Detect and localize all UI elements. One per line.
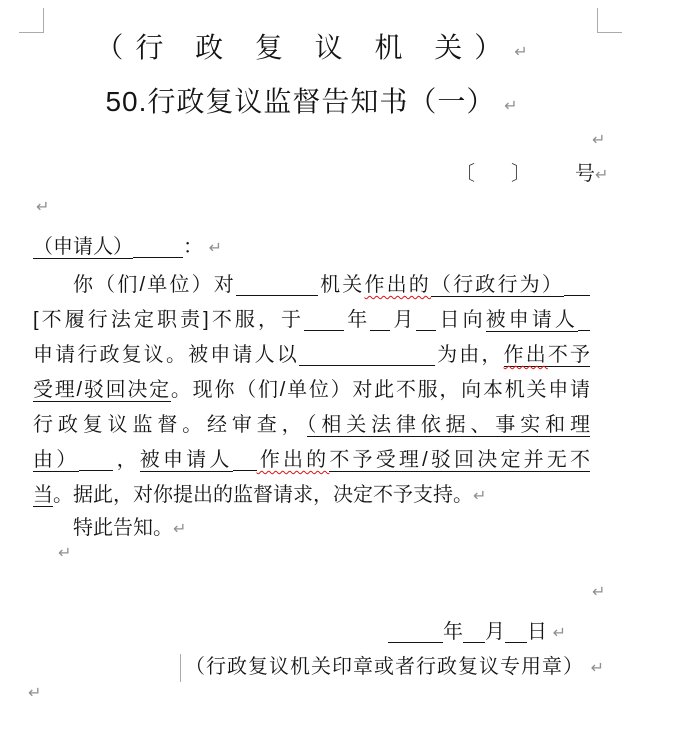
text-run: 为由， [435,344,504,366]
body-line: 你（们/单位）对机关作出的（行政行为） [33,268,590,303]
document-title: 50.行政复议监督告知书（一） ↵ [33,80,590,120]
blank-underline-field [304,309,344,331]
paragraph-mark: ↵ [592,130,605,149]
underlined-text: 被申请人 [140,449,233,472]
underlined-text: 不予受理/驳回决定并无不 [329,449,590,472]
blank-underline-field [233,449,257,471]
doc-number-open-bracket: 〔 [455,163,475,185]
paragraph-mark: ↵ [595,165,608,184]
blank-underline-field [505,621,527,643]
text-run: 申请行政复议。被申请人以 [33,344,299,366]
blank-underline-field [236,274,318,296]
blank-underline-field [388,621,443,643]
underlined-text: 当 [33,484,53,507]
salutation-line: （申请人）： ↵ [33,230,590,265]
underlined-text: 受理/驳回决定 [33,379,171,402]
blank-underline-field [79,449,113,471]
underlined-text: （相关法律依据、事实和理 [307,414,591,437]
margin-crop-mark-top-right [597,8,622,33]
paragraph-mark: ↵ [58,543,71,562]
paragraph-mark: ↵ [209,238,222,257]
body-line: [不履行法定职责]不服，于年月日向被申请人 [33,303,590,338]
blank-underline-field [299,344,435,366]
body-line: 当。据此，对你提出的监督请求，决定不予支持。↵ [33,478,590,513]
paragraph-mark: ↵ [173,519,186,538]
org-title-text: （行 政 复 议 机 关） [95,32,514,63]
salutation-colon: ： [183,236,203,258]
body-line: 由），被申请人作出的不予受理/驳回决定并无不 [33,443,590,478]
document-title-text: 50.行政复议监督告知书（一） [105,86,495,117]
paragraph-mark: ↵ [504,96,517,115]
text-run: 机关 [318,274,365,296]
blank-underline-field [578,309,590,331]
paragraph-mark: ↵ [592,582,605,601]
underlined-text: 由） [33,449,79,472]
closing-line: 特此告知。↵ [33,511,590,546]
underlined-text: 不予 [548,344,590,367]
spellcheck-squiggle-text: 作出的 [257,449,330,471]
date-month-label: 月 [485,621,505,643]
document-page[interactable]: { "page": { "pilcrow": "↵", "background"… [0,0,700,745]
seal-note-text: （行政复议机关印章或者行政复议专用章） [185,656,584,678]
text-run: 行政复议监督。经审查， [33,414,307,436]
text-run: 你（们/单位）对 [73,274,236,296]
paragraph-mark: ↵ [28,683,41,702]
spellcheck-squiggle-text: 作出 [504,344,548,367]
doc-number-blank [531,160,575,180]
text-run: [不履行法定职责]不服，于 [33,309,304,331]
blank-underline-field [133,236,183,258]
body-paragraph: 你（们/单位）对机关作出的（行政行为）[不履行法定职责]不服，于年月日向被申请人… [33,268,590,513]
document-org-title: （行 政 复 议 机 关）↵ [33,26,590,66]
text-run: ， [113,449,139,471]
applicant-name-field-label: （申请人） [33,236,133,259]
body-line: 受理/驳回决定。现你（们/单位）对此不服，向本机关申请 [33,373,590,408]
doc-number-suffix: 号 [575,163,595,185]
text-run: 。据此，对你提出的监督请求，决定不予支持。 [53,484,473,506]
spellcheck-squiggle-text: 作出的 [364,274,431,296]
closing-text: 特此告知。 [73,517,173,539]
paragraph-mark: ↵ [514,42,527,61]
paragraph-mark: ↵ [553,623,566,642]
text-run: 月 [390,309,416,331]
paragraph-mark: ↵ [36,197,49,216]
signature-date-line: 年月日 ↵ [388,615,566,644]
blank-underline-field [564,274,590,296]
doc-number-blank [475,160,511,180]
blank-underline-field [463,621,485,643]
doc-number-line: 〔〕号↵ [455,157,608,186]
blank-underline-field [370,309,390,331]
date-year-label: 年 [443,621,463,643]
seal-note-line: （行政复议机关印章或者行政复议专用章） ↵ [180,650,604,682]
underlined-text: 被申请人 [486,309,578,332]
doc-number-close-bracket: 〕 [511,163,531,185]
text-cursor [180,654,181,682]
blank-underline-field [416,309,436,331]
underlined-text: （行政行为） [431,274,564,297]
body-line: 申请行政复议。被申请人以为由，作出不予 [33,338,590,373]
paragraph-mark: ↵ [591,658,604,677]
text-run: 年 [344,309,370,331]
text-run: 日向 [436,309,485,331]
text-run: 。现你（们/单位）对此不服，向本机关申请 [171,379,590,401]
body-line: 行政复议监督。经审查，（相关法律依据、事实和理 [33,408,590,443]
paragraph-mark: ↵ [473,486,486,505]
date-day-label: 日 [527,621,547,643]
